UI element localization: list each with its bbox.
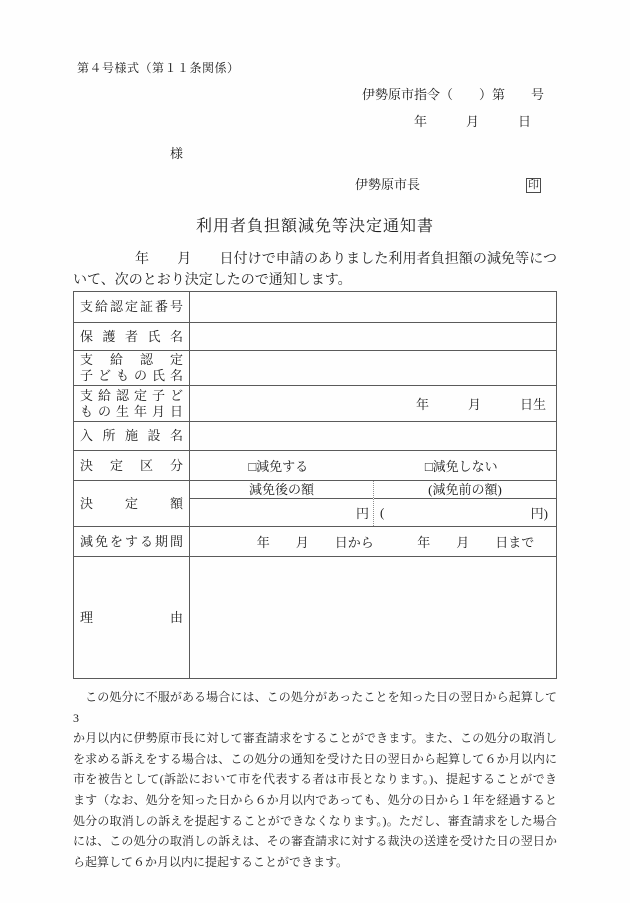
issuer-row: 伊勢原市長 印 [355, 177, 557, 193]
note-line: ます（なお、処分を知った日から６か月以内であっても、処分の日から１年を経過すると [73, 790, 557, 811]
table-row-child-name: 支給認定 子どもの氏名 [74, 350, 556, 385]
row-label: 減免をする期間 [80, 534, 183, 550]
issuer-title: 伊勢原市長 [355, 177, 420, 193]
period-from: 年 月 日から [257, 532, 374, 551]
table-row-facility-name: 入所施設名 [74, 421, 556, 450]
amount-after-unit: 円 [356, 503, 369, 522]
checkbox-option-label: 減免する [256, 459, 308, 474]
reason-cell [190, 557, 556, 678]
intro-line-2: いて、次のとおり決定したので通知します。 [73, 270, 557, 291]
birthdate-cell: 年 月 日生 [190, 386, 556, 421]
certificate-number-cell [190, 292, 556, 322]
table-row-reduction-period: 減免をする期間 年 月 日から 年 月 日まで [74, 526, 556, 556]
note-line: 処分の取消しの訴えを提起することができなくなります。)。ただし、審査請求をした場… [73, 811, 557, 832]
decision-amount-cell: 減免後の額 円 (減免前の額) ( 円) [190, 481, 556, 526]
directive-number-line: 伊勢原市指令（ ）第 号 [73, 88, 557, 102]
period-to: 年 月 日まで [417, 532, 534, 551]
facility-name-cell [190, 422, 556, 450]
row-label-line2: もの生年月日 [80, 404, 183, 420]
row-label-line1: 支給認定子ど [80, 388, 183, 404]
checkbox-icon: □ [425, 459, 433, 474]
amount-before-header: (減免前の額) [374, 481, 556, 499]
child-name-cell [190, 351, 556, 385]
amount-before-open-paren: ( [380, 505, 384, 521]
document-page: 第４号様式（第１１条関係） 伊勢原市指令（ ）第 号 年 月 日 様 伊勢原市長… [0, 0, 630, 903]
document-title: 利用者負担額減免等決定通知書 [73, 216, 557, 238]
decision-options-cell: □減免する □減免しない [190, 451, 556, 480]
note-line: この処分に不服がある場合には、この処分があったことを知った日の翌日から起算して3 [73, 687, 557, 728]
reduction-period-cell: 年 月 日から 年 月 日まで [190, 527, 556, 556]
table-row-child-birthdate: 支給認定子ど もの生年月日 年 月 日生 [74, 385, 556, 421]
amount-before-column: (減免前の額) ( 円) [373, 481, 556, 526]
table-row-decision-category: 決定区分 □減免する □減免しない [74, 450, 556, 480]
note-line: には、この処分の取消しの訴えは、その審査請求に対する裁決の送達を受けた日の翌日か [73, 831, 557, 852]
row-label: 決定区分 [80, 458, 183, 474]
intro-line-1: 年 月 日付けで申請のありました利用者負担額の減免等につ [73, 249, 557, 270]
checkbox-icon: □ [248, 459, 256, 474]
row-label: 入所施設名 [80, 428, 183, 444]
checkbox-option-no-reduce: □減免しない [425, 456, 498, 475]
intro-paragraph: 年 月 日付けで申請のありました利用者負担額の減免等につ いて、次のとおり決定し… [73, 249, 557, 291]
amount-after-header: 減免後の額 [190, 481, 373, 499]
amount-after-column: 減免後の額 円 [190, 481, 373, 526]
table-row-reason: 理由 [74, 556, 556, 678]
row-label: 支給認定証番号 [80, 299, 183, 315]
header-right-block: 伊勢原市指令（ ）第 号 年 月 日 [73, 88, 557, 129]
note-line: を求める訴えをする場合は、この処分の通知を受けた日の翌日から起算して６か月以内に [73, 749, 557, 770]
row-label: 理由 [80, 610, 183, 626]
amount-before-unit: 円) [531, 503, 548, 522]
decision-table: 支給認定証番号 保護者氏名 支給認定 子どもの氏名 支給認定子ど もの生年月日 … [73, 291, 557, 679]
table-row-certificate-number: 支給認定証番号 [74, 292, 556, 322]
note-line: ら起算して６か月以内に提起することができます。 [73, 852, 557, 873]
note-line: 市を被告として(訴訟において市を代表する者は市長となります。)、提起することがで… [73, 769, 557, 790]
table-row-decision-amount: 決定額 減免後の額 円 (減免前の額) ( 円) [74, 480, 556, 526]
appeal-rights-note: この処分に不服がある場合には、この処分があったことを知った日の翌日から起算して3… [73, 687, 557, 872]
row-label: 決定額 [80, 496, 183, 512]
form-number: 第４号様式（第１１条関係） [77, 61, 557, 75]
row-label: 保護者氏名 [80, 329, 183, 345]
addressee-honorific: 様 [170, 146, 557, 161]
note-line: か月以内に伊勢原市長に対して審査請求をすることができます。また、この処分の取消し [73, 728, 557, 749]
guardian-name-cell [190, 323, 556, 350]
issue-date-line: 年 月 日 [73, 115, 557, 129]
row-label-line2: 子どもの氏名 [80, 368, 183, 384]
checkbox-option-label: 減免しない [433, 459, 498, 474]
seal-icon: 印 [526, 178, 541, 193]
row-label-line1: 支給認定 [80, 352, 183, 368]
table-row-guardian-name: 保護者氏名 [74, 322, 556, 350]
checkbox-option-reduce: □減免する [248, 456, 308, 475]
